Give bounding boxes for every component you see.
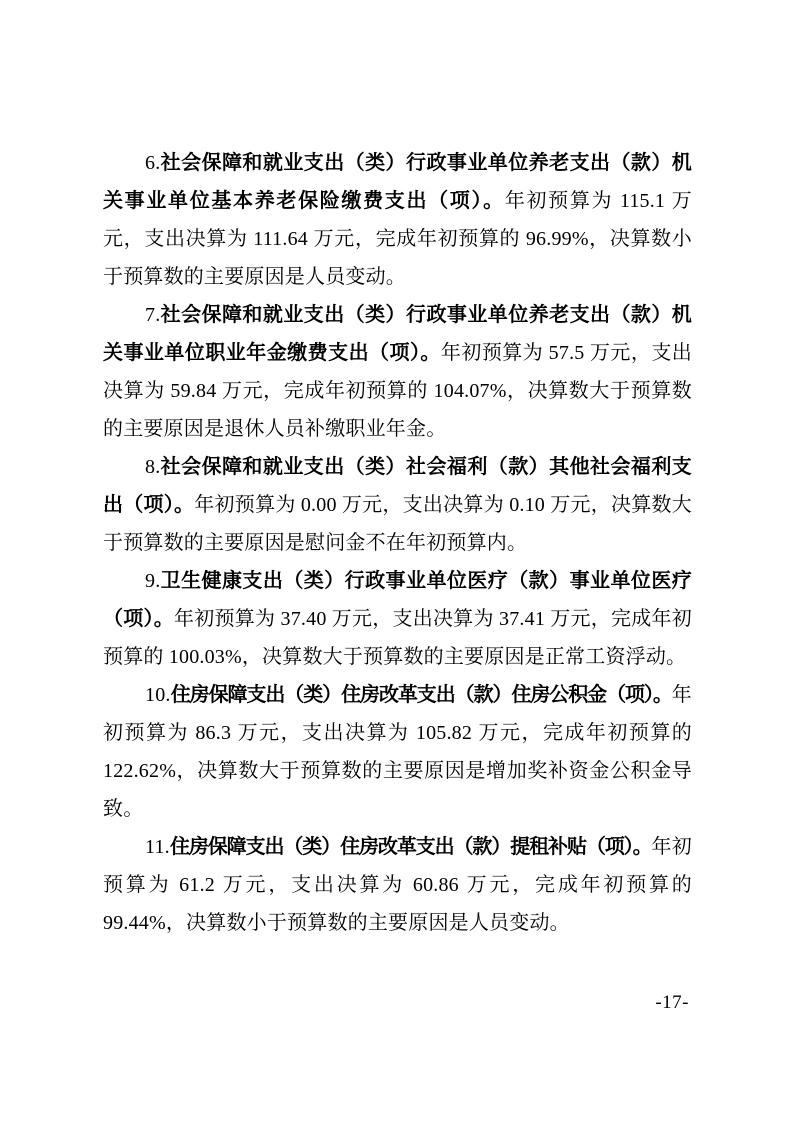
paragraph-number: 7. — [145, 304, 160, 326]
document-page: 6.社会保障和就业支出（类）行政事业单位养老支出（款）机关事业单位基本养老保险缴… — [0, 0, 793, 1122]
paragraph-6: 6.社会保障和就业支出（类）行政事业单位养老支出（款）机关事业单位基本养老保险缴… — [103, 144, 692, 296]
page-number: -17- — [655, 992, 689, 1014]
document-content: 6.社会保障和就业支出（类）行政事业单位养老支出（款）机关事业单位基本养老保险缴… — [103, 144, 692, 942]
paragraph-heading: 住房保障支出（类）住房改革支出（款）提租补贴（项）。 — [170, 836, 652, 858]
paragraph-7: 7.社会保障和就业支出（类）行政事业单位养老支出（款）机关事业单位职业年金缴费支… — [103, 296, 692, 448]
paragraph-number: 6. — [145, 152, 160, 174]
paragraph-number: 11. — [145, 836, 170, 858]
paragraph-10: 10.住房保障支出（类）住房改革支出（款）住房公积金（项）。年初预算为 86.3… — [103, 676, 692, 828]
paragraph-11: 11.住房保障支出（类）住房改革支出（款）提租补贴（项）。年初预算为 61.2 … — [103, 828, 692, 942]
paragraph-heading: 住房保障支出（类）住房改革支出（款）住房公积金（项）。 — [171, 684, 672, 706]
paragraph-number: 9. — [145, 570, 160, 592]
paragraph-number: 8. — [145, 456, 160, 478]
paragraph-number: 10. — [145, 684, 171, 706]
paragraph-body: 年初预算为 37.40 万元，支出决算为 37.41 万元，完成年初预算的 10… — [103, 608, 692, 668]
paragraph-9: 9.卫生健康支出（类）行政事业单位医疗（款）事业单位医疗（项）。年初预算为 37… — [103, 562, 692, 676]
paragraph-8: 8.社会保障和就业支出（类）社会福利（款）其他社会福利支出（项）。年初预算为 0… — [103, 448, 692, 562]
